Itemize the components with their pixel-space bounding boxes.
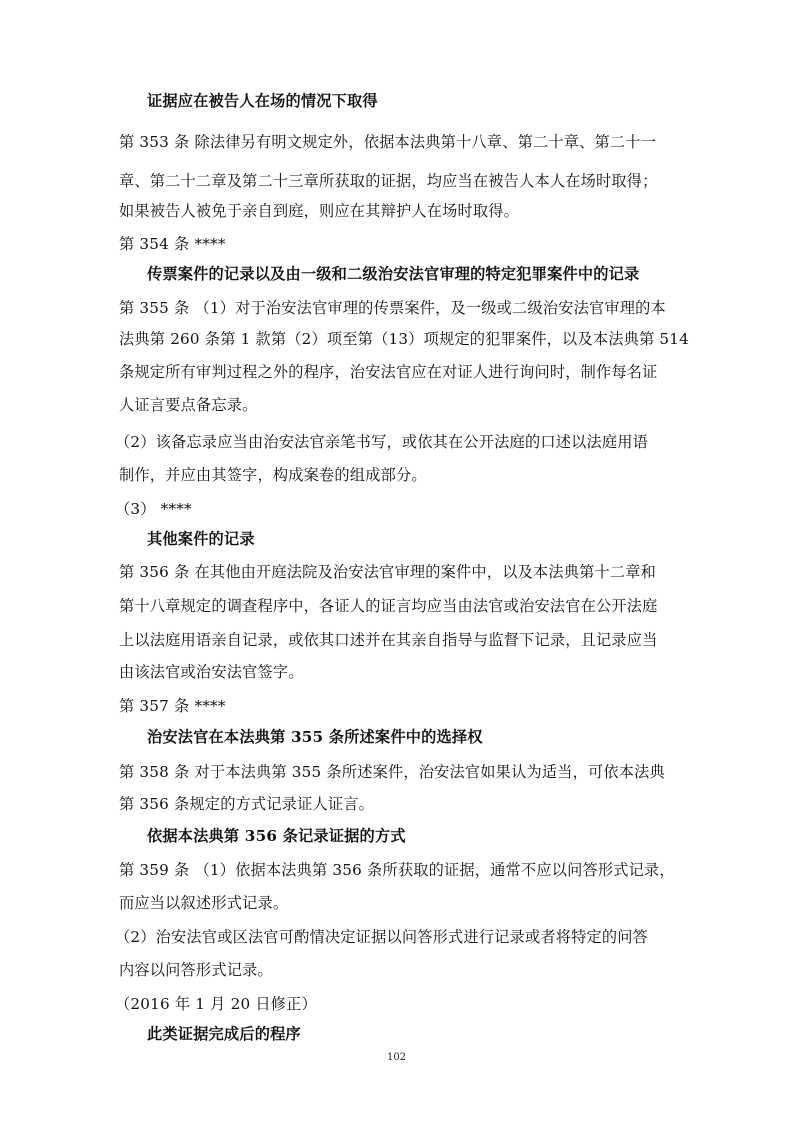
page-number: 102 [0, 1052, 793, 1063]
article-356-line-2: 第十八章规定的调查程序中，各证人的证言均应当由法官或治安法官在公开法庭 [119, 596, 658, 616]
article-359-line-1: 第 359 条 （1）依据本法典第 356 条所获取的证据，通常不应以问答形式记… [119, 860, 675, 880]
article-355-line-3: 条规定所有审判过程之外的程序，治安法官应在对证人进行询问时，制作每名证 [119, 362, 658, 382]
amendment-note: （2016 年 1 月 20 日修正） [115, 994, 317, 1014]
article-353-line-1: 第 353 条 除法律另有明文规定外，依据本法典第十八章、第二十章、第二十一 [119, 132, 656, 152]
article-355-para-3: （3） **** [115, 499, 192, 519]
article-358-line-2: 第 356 条规定的方式记录证人证言。 [119, 794, 374, 814]
article-359-line-2: 而应当以叙述形式记录。 [119, 893, 288, 913]
article-355-para-2-line-1: （2）该备忘录应当由治安法官亲笔书写，或依其在公开法庭的口述以法庭用语 [115, 432, 648, 452]
article-359-para-2-line-2: 内容以问答形式记录。 [119, 960, 273, 980]
article-355-line-2: 法典第 260 条第 1 款第（2）项至第（13）项规定的犯罪案件，以及本法典第… [119, 329, 689, 349]
article-356-line-4: 由该法官或治安法官签字。 [119, 662, 304, 682]
article-358-line-1: 第 358 条 对于本法典第 355 条所述案件，治安法官如果认为适当，可依本法… [119, 762, 665, 782]
article-357: 第 357 条 **** [119, 696, 226, 716]
section-heading: 此类证据完成后的程序 [147, 1024, 301, 1044]
section-heading: 依据本法典第 356 条记录证据的方式 [147, 826, 406, 846]
article-355-para-2-line-2: 制作，并应由其签字，构成案卷的组成部分。 [119, 465, 427, 485]
section-heading: 证据应在被告人在场的情况下取得 [147, 91, 378, 111]
article-353-line-2: 章、第二十二章及第二十三章所获取的证据，均应当在被告人本人在场时取得； [119, 171, 658, 191]
section-heading: 传票案件的记录以及由一级和二级治安法官审理的特定犯罪案件中的记录 [147, 264, 639, 284]
article-355-line-1: 第 355 条 （1）对于治安法官审理的传票案件，及一级或二级治安法官审理的本 [119, 298, 666, 318]
article-354: 第 354 条 **** [119, 234, 226, 254]
article-356-line-1: 第 356 条 在其他由开庭法院及治安法官审理的案件中，以及本法典第十二章和 [119, 562, 656, 582]
section-heading: 其他案件的记录 [147, 529, 255, 549]
article-353-line-3: 如果被告人被免于亲自到庭，则应在其辩护人在场时取得。 [119, 201, 519, 221]
article-356-line-3: 上以法庭用语亲自记录，或依其口述并在其亲自指导与监督下记录，且记录应当 [119, 630, 658, 650]
section-heading: 治安法官在本法典第 355 条所述案件中的选择权 [147, 727, 483, 747]
article-359-para-2-line-1: （2）治安法官或区法官可酌情决定证据以问答形式进行记录或者将特定的问答 [115, 927, 648, 947]
article-355-line-4: 人证言要点备忘录。 [119, 395, 258, 415]
